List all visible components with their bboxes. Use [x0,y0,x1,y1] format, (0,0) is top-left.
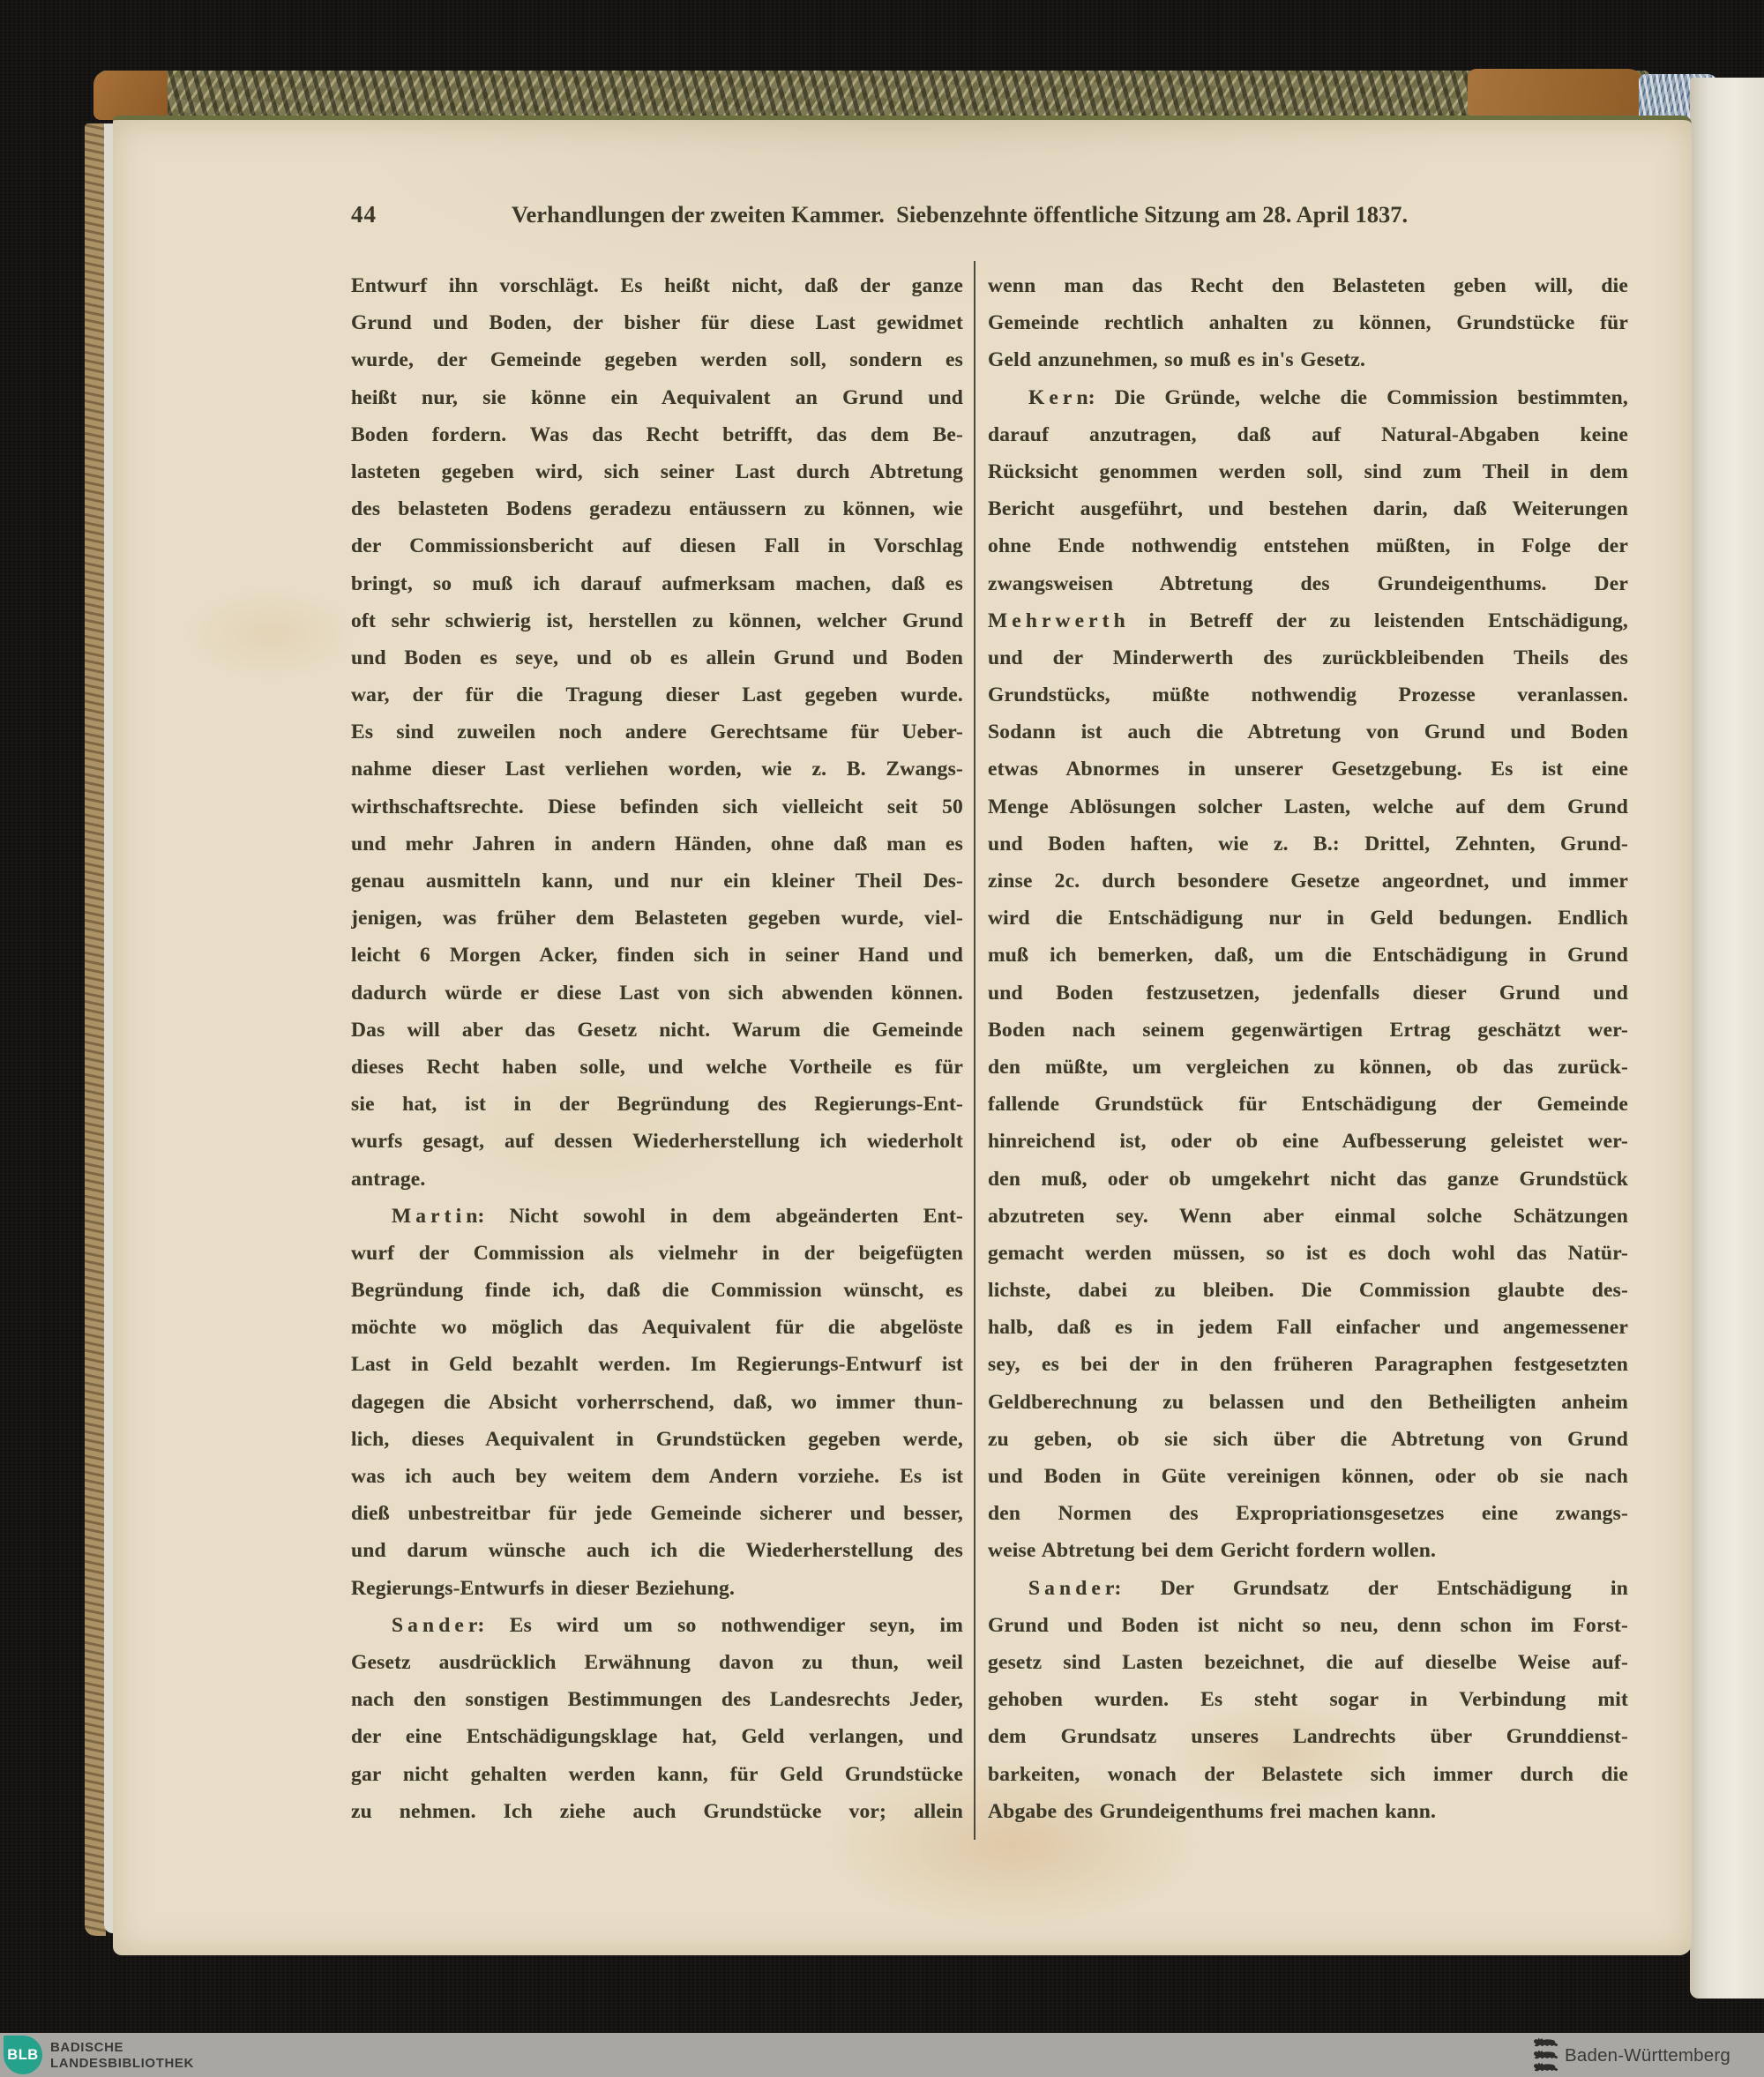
text-line: M e h r w e r t h in Betreff der zu leis… [988,602,1628,639]
text-line: weise Abtretung bei dem Gericht fordern … [988,1532,1628,1569]
text-line: antrage. [351,1161,963,1198]
page-stack-marbled-strip [85,123,106,1936]
text-line: Boden nach seinem gegenwärtigen Ertrag g… [988,1012,1628,1049]
text-line: etwas Abnormes in unserer Gesetzgebung. … [988,751,1628,788]
text-line: den müßte, um vergleichen zu können, ob … [988,1049,1628,1086]
text-line: barkeiten, wonach der Belastete sich imm… [988,1756,1628,1793]
book-cover-leather-corner-right [1468,69,1644,120]
text-line: Sodann ist auch die Abtretung von Grund … [988,714,1628,751]
text-line: der eine Entschädigungsklage hat, Geld v… [351,1718,963,1755]
text-line: Gesetz ausdrücklich Erwähnung davon zu t… [351,1644,963,1681]
baden-wuerttemberg-coat-of-arms-icon [1531,2036,1559,2073]
text-line: war, der für die Tragung dieser Last geg… [351,676,963,714]
text-line: Regierungs-Entwurfs in dieser Beziehung. [351,1570,963,1607]
text-line: S a n d e r: Es wird um so nothwendiger … [351,1607,963,1644]
text-line: Boden fordern. Was das Recht betrifft, d… [351,416,963,453]
viewer-footer-bar: BLB BADISCHE LANDESBIBLIOTHEK Baden-Würt… [0,2033,1764,2077]
scanned-book-page: 44 Verhandlungen der zweiten Kammer. Sie… [113,116,1692,1955]
text-line: dem Grundsatz unseres Landrechts über Gr… [988,1718,1628,1755]
text-line: und Boden in Güte vereinigen können, ode… [988,1458,1628,1495]
text-line: und Boden festzusetzen, jedenfalls diese… [988,975,1628,1012]
column-divider-rule [974,261,975,1840]
text-line: den muß, oder ob umgekehrt nicht das gan… [988,1161,1628,1198]
text-line: Das will aber das Gesetz nicht. Warum di… [351,1012,963,1049]
text-line: nach den sonstigen Bestimmungen des Land… [351,1681,963,1718]
text-line: fallende Grundstück für Entschädigung de… [988,1086,1628,1123]
text-line: lasteten gegeben wird, sich seiner Last … [351,453,963,490]
library-name: BADISCHE LANDESBIBLIOTHEK [50,2040,194,2071]
text-line: K e r n: Die Gründe, welche die Commissi… [988,379,1628,416]
text-line: bringt, so muß ich darauf aufmerksam mac… [351,565,963,602]
book-cover-leather-corner-left [93,71,168,120]
text-line: abzutreten sey. Wenn aber einmal solche … [988,1198,1628,1235]
text-line: sie hat, ist in der Begründung des Regie… [351,1086,963,1123]
text-line: muß ich bemerken, daß, um die Entschädig… [988,937,1628,974]
text-line: gar nicht gehalten werden kann, für Geld… [351,1756,963,1793]
text-line: hinreichend ist, oder ob eine Aufbesseru… [988,1123,1628,1160]
blb-logo: BLB [4,2036,42,2074]
text-line: Gemeinde rechtlich anhalten zu können, G… [988,304,1628,341]
text-line: und darum wünsche auch ich die Wiederher… [351,1532,963,1569]
facing-page-block-fore-edge [1690,78,1764,1999]
text-line: heißt nur, sie könne ein Aequivalent an … [351,379,963,416]
text-line: Begründung finde ich, daß die Commission… [351,1272,963,1309]
text-line: des belasteten Bodens geradezu entäusser… [351,490,963,527]
page-number: 44 [351,201,377,228]
text-line: dieses Recht haben solle, und welche Vor… [351,1049,963,1086]
text-line: wurfs gesagt, auf dessen Wiederherstellu… [351,1123,963,1160]
text-line: Grundstücks, müßte nothwendig Prozesse v… [988,676,1628,714]
text-line: lich, dieses Aequivalent in Grundstücken… [351,1421,963,1458]
text-line: Rücksicht genommen werden soll, sind zum… [988,453,1628,490]
left-column: Entwurf ihn vorschlägt. Es heißt nicht, … [351,267,963,1830]
text-line: jenigen, was früher dem Belasteten gegeb… [351,900,963,937]
text-line: sey, es bei der in den früheren Paragrap… [988,1346,1628,1383]
digitized-book-viewer: { "header": { "page_number": "44", "titl… [0,0,1764,2077]
text-line: dagegen die Absicht vorherrschend, daß, … [351,1384,963,1421]
text-line: S a n d e r: Der Grundsatz der Entschädi… [988,1570,1628,1607]
text-line: leicht 6 Morgen Acker, finden sich in se… [351,937,963,974]
text-line: den Normen des Expropriationsgesetzes ei… [988,1495,1628,1532]
text-line: und Boden es seye, und ob es allein Grun… [351,639,963,676]
text-line: zwangsweisen Abtretung des Grundeigenthu… [988,565,1628,602]
text-line: Es sind zuweilen noch andere Gerechtsame… [351,714,963,751]
running-title: Verhandlungen der zweiten Kammer. Sieben… [404,201,1515,228]
library-name-line2: LANDESBIBLIOTHEK [50,2056,194,2072]
text-line: M a r t i n: Nicht sowohl in dem abgeänd… [351,1198,963,1235]
text-line: Grund und Boden ist nicht so neu, denn s… [988,1607,1628,1644]
text-line: wenn man das Recht den Belasteten geben … [988,267,1628,304]
text-line: gehoben wurden. Es steht sogar in Verbin… [988,1681,1628,1718]
text-line: dadurch würde er diese Last von sich abw… [351,975,963,1012]
text-line: wirthschaftsrechte. Diese befinden sich … [351,788,963,826]
text-line: der Commissionsbericht auf diesen Fall i… [351,527,963,564]
text-line: zu nehmen. Ich ziehe auch Grundstücke vo… [351,1793,963,1830]
library-name-line1: BADISCHE [50,2040,194,2056]
text-line: Grund und Boden, der bisher für diese La… [351,304,963,341]
text-line: und Boden haften, wie z. B.: Drittel, Ze… [988,826,1628,863]
text-line: lichste, dabei zu bleiben. Die Commissio… [988,1272,1628,1309]
text-line: gesetz sind Lasten bezeichnet, die auf d… [988,1644,1628,1681]
state-label: Baden-Württemberg [1565,2033,1730,2077]
text-line: nahme dieser Last verliehen worden, wie … [351,751,963,788]
text-line: genau ausmitteln kann, und nur ein klein… [351,863,963,900]
text-line: Geld anzunehmen, so muß es in's Gesetz. [988,341,1628,378]
right-column: wenn man das Recht den Belasteten geben … [988,267,1628,1830]
text-line: gemacht werden müssen, so ist es doch wo… [988,1235,1628,1272]
text-line: was ich auch bey weitem dem Andern vorzi… [351,1458,963,1495]
text-line: Entwurf ihn vorschlägt. Es heißt nicht, … [351,267,963,304]
text-line: wurde, der Gemeinde gegeben werden soll,… [351,341,963,378]
text-line: wurf der Commission als vielmehr in der … [351,1235,963,1272]
text-line: darauf anzutragen, daß auf Natural-Abgab… [988,416,1628,453]
text-line: zu geben, ob sie sich über die Abtretung… [988,1421,1628,1458]
text-line: Abgabe des Grundeigenthums frei machen k… [988,1793,1628,1830]
text-line: Menge Ablösungen solcher Lasten, welche … [988,788,1628,826]
text-line: und der Minderwerth des zurückbleibenden… [988,639,1628,676]
text-line: möchte wo möglich das Aequivalent für di… [351,1309,963,1346]
text-line: Geldberechnung zu belassen und den Bethe… [988,1384,1628,1421]
text-line: oft sehr schwierig ist, herstellen zu kö… [351,602,963,639]
page-header: 44 Verhandlungen der zweiten Kammer. Sie… [113,201,1692,236]
text-line: ohne Ende nothwendig entstehen müßten, i… [988,527,1628,564]
text-line: halb, daß es in jedem Fall einfacher und… [988,1309,1628,1346]
text-line: dieß unbestreitbar für jede Gemeinde sic… [351,1495,963,1532]
book-cover-marbled-edge [97,71,1649,116]
text-line: wird die Entschädigung nur in Geld bedun… [988,900,1628,937]
text-line: und mehr Jahren in andern Händen, ohne d… [351,826,963,863]
text-line: Bericht ausgeführt, und bestehen darin, … [988,490,1628,527]
text-line: zinse 2c. durch besondere Gesetze angeor… [988,863,1628,900]
text-line: Last in Geld bezahlt werden. Im Regierun… [351,1346,963,1383]
